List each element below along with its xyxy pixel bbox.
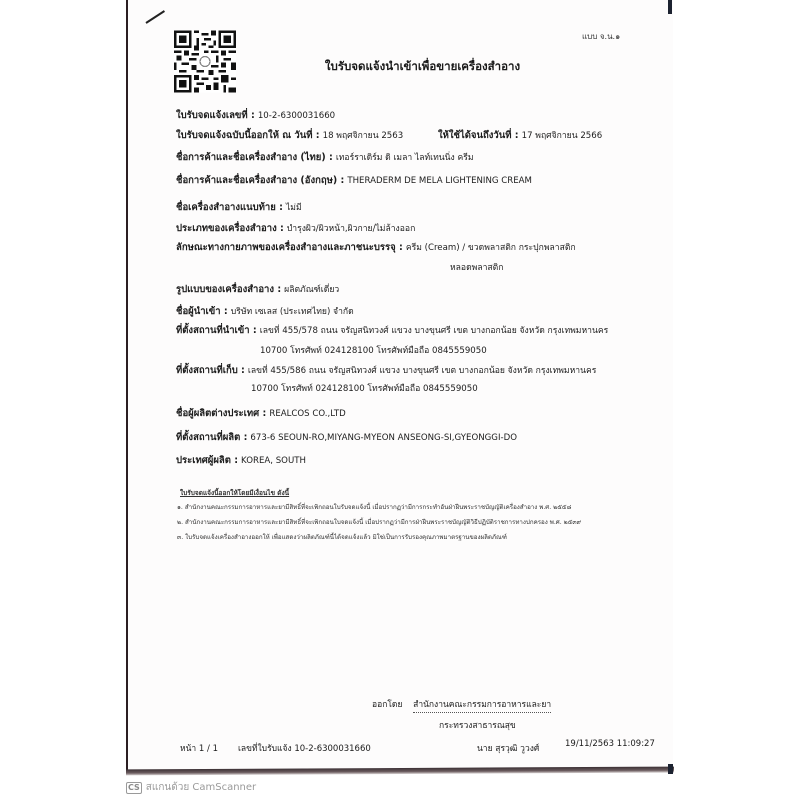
field-label: ชื่อผู้นำเข้า : [176,306,228,317]
field-label: ใบรับจดแจ้งเลขที่ : [176,110,255,121]
field-label: ที่ตั้งสถานที่ผลิต : [176,432,247,443]
notification-number-field: ใบรับจดแจ้งเลขที่ : 10-2-6300031660 [176,108,335,123]
camscanner-watermark: CS สแกนด้วย CamScanner [126,780,256,795]
importer-field: ชื่อผู้นำเข้า : บริษัท เซเลส (ประเทศไทย)… [176,304,354,319]
importer-name: บริษัท เซเลส (ประเทศไทย) จำกัด [231,307,354,317]
valid-until-field: ให้ใช้ได้จนถึงวันที่ : 17 พฤศจิกายน 2566 [438,128,602,143]
storage-address: เลขที่ 455/586 ถนน จรัญสนิทวงศ์ แขวง บาง… [248,366,596,376]
scan-edge-mark [668,764,673,774]
trade-name-en: THERADERM DE MELA LIGHTENING CREAM [347,176,532,186]
condition-item: ๓. ใบรับจดแจ้งเครื่องสำอางออกให้ เพื่อแส… [177,532,507,542]
ministry: กระทรวงสาธารณสุข [439,718,516,732]
field-label: ชื่อผู้ผลิตต่างประเทศ : [176,408,266,419]
footer-notification-ref: เลขที่ใบรับแจ้ง 10-2-6300031660 [238,741,371,755]
field-label: ให้ใช้ได้จนถึงวันที่ : [438,130,519,141]
field-label: ประเทศผู้ผลิต : [176,455,238,466]
manufacturer-address-field: ที่ตั้งสถานที่ผลิต : 673-6 SEOUN-RO,MIYA… [176,430,517,445]
signer-name: นาย สุรวุฒิ วูวงศ์ [477,741,539,755]
manufacturer-country: KOREA, SOUTH [241,456,306,466]
importer-address-continued: 10700 โทรศัพท์ 024128100 โทรศัพท์มือถือ … [260,343,487,357]
storage-address-field: ที่ตั้งสถานที่เก็บ : เลขที่ 455/586 ถนน … [176,363,596,378]
page-number: หน้า 1 / 1 [180,741,218,755]
trade-name-en-field: ชื่อการค้าและชื่อเครื่องสำอาง (อังกฤษ) :… [176,173,532,188]
form-code: แบบ จ.น.๑ [582,30,620,43]
trade-name-th: เทอร์ราเดิร์ม ดิ เมลา ไลท์เทนนิ่ง ครีม [336,153,474,163]
field-label: ใบรับจดแจ้งฉบับนี้ออกให้ ณ วันที่ : [176,130,320,141]
physical-form-continued: หลอดพลาสติก [450,260,503,274]
manufacturer-name: REALCOS CO.,LTD [269,409,345,419]
camscanner-logo-icon: CS [126,782,142,794]
condition-item: ๑. สำนักงานคณะกรรมการอาหารและยามีสิทธิ์ท… [177,502,571,512]
field-label: ที่ตั้งสถานที่นำเข้า : [176,325,257,336]
manufacturer-field: ชื่อผู้ผลิตต่างประเทศ : REALCOS CO.,LTD [176,406,346,421]
field-label: ชื่อการค้าและชื่อเครื่องสำอาง (อังกฤษ) : [176,175,344,186]
issue-date-field: ใบรับจดแจ้งฉบับนี้ออกให้ ณ วันที่ : 18 พ… [176,128,403,143]
field-label: ที่ตั้งสถานที่เก็บ : [176,365,245,376]
annex-name: ไม่มี [286,203,302,213]
issued-by-label: ออกโดย [372,700,402,710]
condition-item: ๒. สำนักงานคณะกรรมการอาหารและยามีสิทธิ์ท… [177,517,581,527]
importer-address: เลขที่ 455/578 ถนน จรัญสนิทวงศ์ แขวง บาง… [260,326,608,336]
importer-address-field: ที่ตั้งสถานที่นำเข้า : เลขที่ 455/578 ถน… [176,323,608,338]
manufacturer-country-field: ประเทศผู้ผลิต : KOREA, SOUTH [176,453,306,468]
scan-edge-mark [668,0,672,14]
issue-date: 18 พฤศจิกายน 2563 [323,131,404,141]
annex-name-field: ชื่อเครื่องสำอางแนบท้าย : ไม่มี [176,200,302,215]
issue-timestamp: 19/11/2563 11:09:27 [565,739,655,749]
physical-form-field: ลักษณะทางกายภาพของเครื่องสำอางและภาชนะบร… [176,240,576,255]
manufacturer-address: 673-6 SEOUN-RO,MIYANG-MYEON ANSEONG-SI,G… [250,433,517,443]
physical-form: ครีม (Cream) / ขวดพลาสติก กระปุกพลาสติก [406,243,576,253]
field-label: ชื่อเครื่องสำอางแนบท้าย : [176,202,283,213]
valid-until-date: 17 พฤศจิกายน 2566 [522,131,603,141]
field-label: ประเภทของเครื่องสำอาง : [176,223,284,234]
product-format: ผลิตภัณฑ์เดี่ยว [284,285,339,295]
watermark-text: สแกนด้วย CamScanner [146,780,256,795]
trade-name-th-field: ชื่อการค้าและชื่อเครื่องสำอาง (ไทย) : เท… [176,150,473,165]
cosmetic-type: บำรุงผิว/ผิวหน้า,ผิวกาย/ไม่ล้างออก [287,224,415,234]
field-label: ลักษณะทางกายภาพของเครื่องสำอางและภาชนะบร… [176,242,403,253]
conditions-heading: ใบรับจดแจ้งนี้ออกให้โดยมีเงื่อนไข ดังนี้ [180,488,289,498]
product-format-field: รูปแบบของเครื่องสำอาง : ผลิตภัณฑ์เดี่ยว [176,282,339,297]
issuing-agency: สำนักงานคณะกรรมการอาหารและยา [413,697,551,713]
document-title: ใบรับจดแจ้งนำเข้าเพื่อขายเครื่องสำอาง [0,58,800,76]
notification-number: 10-2-6300031660 [258,111,335,121]
issued-by: ออกโดย สำนักงานคณะกรรมการอาหารและยา [372,697,551,713]
cosmetic-type-field: ประเภทของเครื่องสำอาง : บำรุงผิว/ผิวหน้า… [176,221,415,236]
field-label: ชื่อการค้าและชื่อเครื่องสำอาง (ไทย) : [176,152,333,163]
field-label: รูปแบบของเครื่องสำอาง : [176,284,281,295]
storage-address-continued: 10700 โทรศัพท์ 024128100 โทรศัพท์มือถือ … [251,381,478,395]
